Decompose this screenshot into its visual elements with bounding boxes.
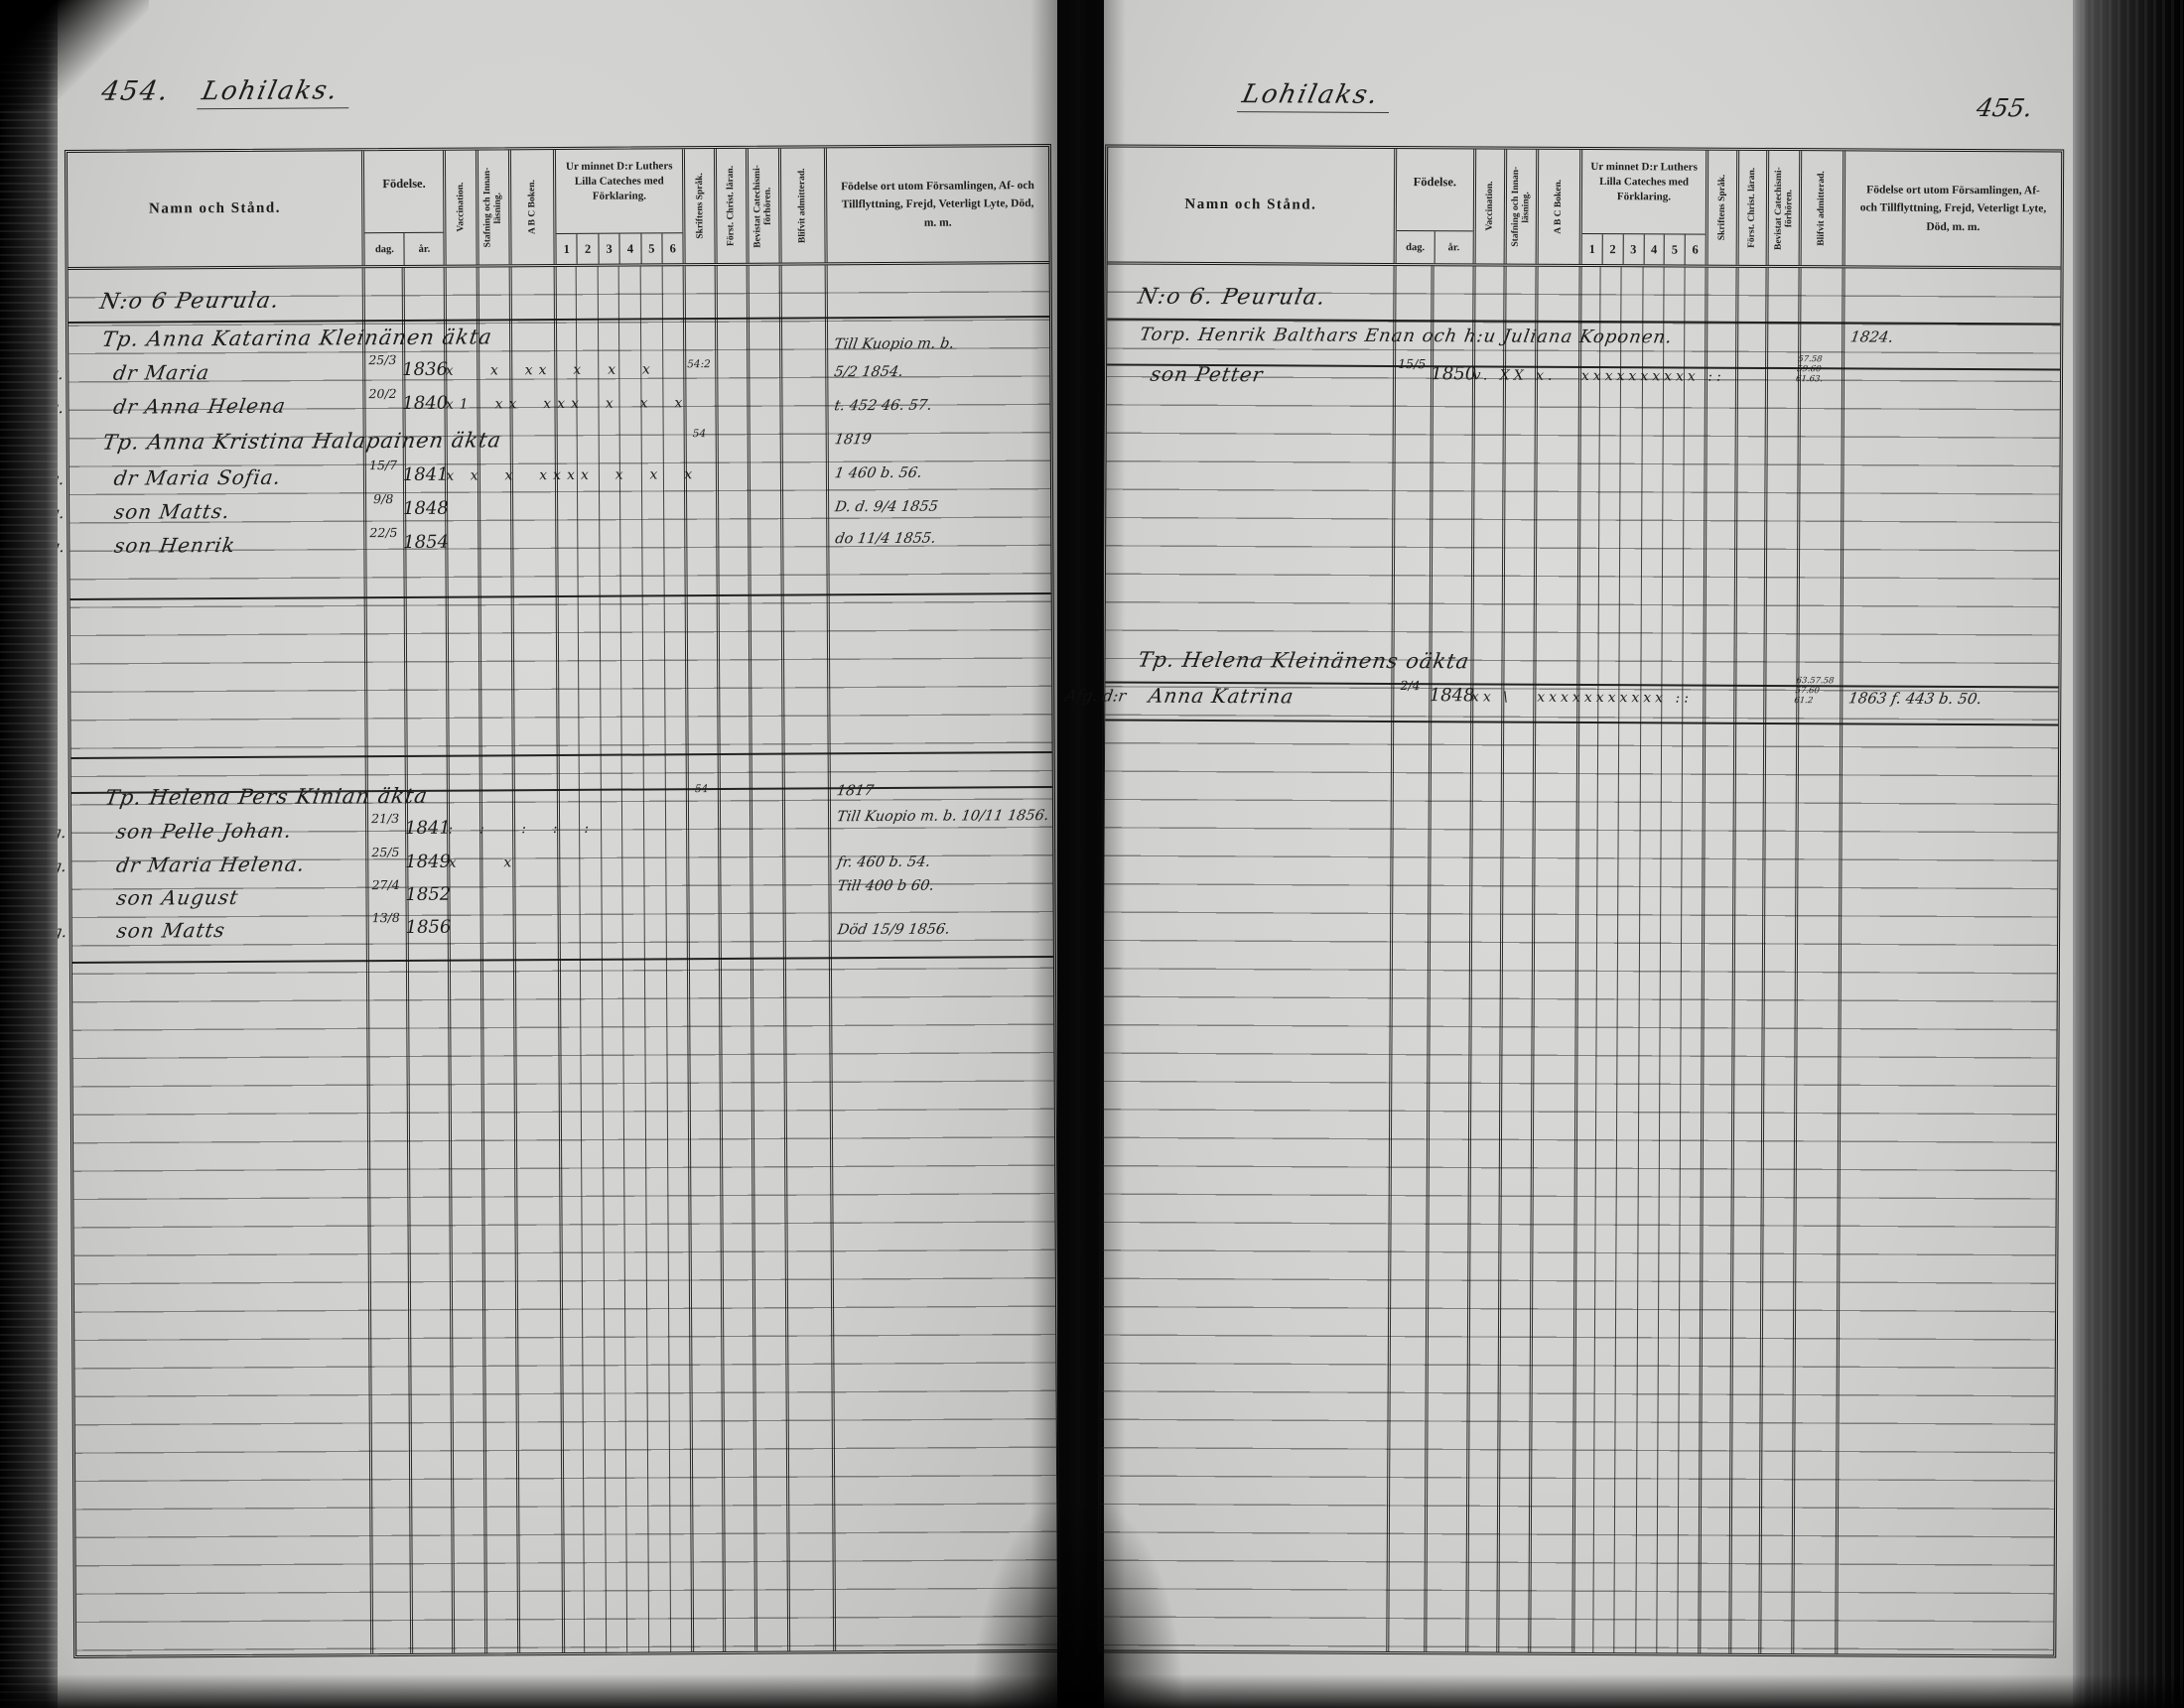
col-header-forst-christ: Först. Christ. läran.	[714, 149, 746, 263]
col-header-skriftens: Skriftens Språk.	[682, 149, 714, 263]
col-label: Blifvit admitterad.	[797, 168, 808, 243]
entry-birth-day: 20/2	[363, 388, 403, 401]
entry-marks: x x x xxxx x x x	[446, 466, 698, 484]
col-header-forst-christ: Först. Christ. läran.	[1735, 151, 1766, 265]
entry-marks: v. XX x. xxxxxxxxxx ::	[1473, 367, 1725, 384]
col-header-fodelse: Födelse. dag. år.	[361, 151, 444, 265]
col-label: Skriftens Språk.	[695, 173, 706, 239]
col-label: Först. Christ. läran.	[1747, 168, 1758, 248]
entry-name: dr Maria	[112, 360, 212, 385]
col-header-skriftens: Skriftens Språk.	[1705, 151, 1735, 265]
col-header-blifvit: Blifvit admitterad.	[778, 148, 824, 262]
cateches-subcolumns: 1 2 3 4 5 6	[1582, 233, 1706, 265]
entry-birth-year: 1841	[405, 818, 449, 839]
record-table-left: Namn och Stånd. Födelse. dag. år. Vaccin…	[65, 144, 1060, 1658]
entry-birth-year: 1840	[402, 393, 446, 414]
col-label-2: 2	[577, 234, 599, 264]
col-header-stafning: Stafning och Innan-läsning.	[476, 150, 508, 264]
col-label-dag: dag.	[1397, 231, 1434, 263]
entry-skrift-mark: 54:2	[683, 358, 716, 370]
col-label: Bevistat Catechismi-förhören.	[1773, 152, 1794, 263]
entry-name: dr Maria Helena.	[115, 853, 308, 877]
entry-marks: x x xx x x x	[446, 361, 656, 378]
entry-birth-day: 21/3	[365, 813, 405, 826]
record-row: Afg. d:r Anna Katrina 2/4 1848 xx \ xxxx…	[1105, 683, 2058, 720]
right-page-number: 455.	[1975, 93, 2035, 122]
record-row: son Petter 15/5 1850 v. XX x. xxxxxxxxxx…	[1107, 361, 2060, 398]
entry-marks: x1 xx xxx x x x	[446, 395, 689, 412]
household-heading: N:o 6 Peurula.	[97, 289, 281, 315]
margin-note: 5/2 1854.	[833, 364, 904, 380]
table-body-left: N:o 6 Peurula. Tp. Anna Katarina Kleinän…	[68, 264, 1058, 1655]
col-label-ar: år.	[404, 233, 444, 265]
book-center-gutter	[1030, 0, 1126, 1708]
margin-note: fr. 460 b. 54.	[836, 854, 931, 871]
photo-corner-shadow	[0, 0, 149, 109]
scanned-book-photo: 454. Lohilaks. Namn och Stånd. Födelse. …	[0, 0, 2184, 1708]
col-label: Namn och Stånd.	[1184, 197, 1316, 214]
col-label: Blifvit admitterad.	[1817, 171, 1828, 246]
entry-name: son Henrik	[113, 533, 237, 558]
entry-birth-day: 13/8	[366, 912, 406, 925]
col-label: Skriftens Språk.	[1716, 175, 1727, 241]
col-header-bevistat: Bevistat Catechismi-förhören.	[1766, 151, 1799, 265]
entry-birth-day: 25/3	[363, 354, 403, 367]
col-label: Födelse.	[382, 177, 425, 192]
col-label-5: 5	[1664, 234, 1685, 264]
col-label: Namn och Stånd.	[149, 200, 281, 218]
margin-note: Till Kuopio m. b. 10/11 1856.	[835, 808, 1049, 825]
entry-name: son Matts	[115, 918, 227, 943]
fodelse-subcolumns: dag. år.	[1397, 230, 1473, 263]
entry-birth-day: 22/5	[364, 527, 404, 540]
right-place-name: Lohilaks.	[1237, 79, 1396, 113]
entry-skrift-mark: 54	[683, 428, 716, 440]
entry-birth-day: 15/7	[363, 460, 403, 472]
record-row: Tp. Helena Kleinänens oäkta	[1105, 647, 2058, 684]
table-body-right: N:o 6. Peurula. Torp. Henrik Balthars En…	[1100, 264, 2060, 1654]
col-label-ar: år.	[1433, 231, 1472, 263]
entry-name: dr Maria Sofia.	[113, 465, 284, 490]
margin-note: 1819	[833, 432, 872, 448]
col-label: Stafning och Innan-läsning.	[1511, 151, 1532, 262]
col-label-6: 6	[1685, 235, 1706, 265]
entry-birth-year: 1849	[405, 852, 449, 872]
household-heading: N:o 6. Peurula.	[1136, 285, 1328, 311]
col-label-dag: dag.	[365, 233, 404, 265]
col-header-abc-boken: A B C Boken.	[508, 150, 554, 264]
right-page-title: Lohilaks.	[1240, 79, 1392, 113]
entry-name: dr Anna Helena	[112, 394, 288, 419]
col-label-1: 1	[556, 234, 577, 264]
margin-note: do 11/4 1855.	[834, 531, 937, 548]
entry-birth-year: 1836	[402, 359, 446, 380]
col-label: Stafning och Innan-läsning.	[482, 152, 504, 263]
entry-name: Tp. Helena Kleinänens oäkta	[1136, 648, 1471, 674]
entry-admitted-years: 57.58 59.60 61.63.	[1795, 355, 1847, 385]
col-label: Ur minnet D:r Luthers Lilla Cateches med…	[1582, 160, 1706, 204]
entry-birth-year: 1854	[403, 532, 447, 553]
entry-marks: : : : : :	[448, 821, 595, 838]
entry-marks: xx \ xxxxxxxxxxx ::	[1471, 689, 1693, 706]
fodelse-subcolumns: dag. år.	[365, 232, 444, 265]
margin-note: Till Kuopio m. b.	[833, 336, 955, 353]
col-header-notes: Födelse ort utom Församlingen, Af- och T…	[1843, 151, 2061, 266]
entry-birth-year: 1850	[1431, 363, 1472, 384]
col-label: Vaccination.	[456, 183, 467, 232]
col-label: Födelse ort utom Församlingen, Af- och T…	[827, 177, 1049, 233]
col-label-5: 5	[640, 233, 662, 263]
entry-skrift-mark: 54	[685, 783, 718, 795]
col-header-namn: Namn och Stånd.	[68, 151, 362, 267]
entry-birth-year: 1852	[405, 884, 449, 905]
left-place-name: Lohilaks.	[197, 75, 355, 109]
entry-name: Torp. Henrik Balthars Enan och h:u Julia…	[1138, 325, 1674, 348]
entry-birth-day: 27/4	[366, 879, 406, 892]
table-header-left: Namn och Stånd. Födelse. dag. år. Vaccin…	[68, 147, 1049, 270]
entry-admitted-years: 63.57.58 57.60 61.2	[1794, 677, 1846, 707]
col-label: Födelse.	[1414, 175, 1456, 190]
cateches-subcolumns: 1 2 3 4 5 6	[556, 232, 683, 264]
entry-birth-day: 15/5	[1393, 358, 1431, 371]
col-header-cateches: Ur minnet D:r Luthers Lilla Cateches med…	[553, 149, 683, 264]
entry-birth-year: 1841	[403, 464, 447, 485]
margin-note: Till 400 b 60.	[836, 878, 935, 895]
col-label: Först. Christ. läran.	[726, 166, 737, 246]
col-label-4: 4	[619, 233, 641, 263]
entry-birth-day: 25/5	[366, 847, 406, 859]
entry-marks: x x	[449, 854, 518, 870]
entry-name: son Petter	[1149, 362, 1265, 387]
record-row: Tp. Anna Kristina Halapainen äkta 54	[69, 425, 1050, 462]
col-label: A B C Boken.	[1554, 180, 1565, 234]
col-header-bevistat: Bevistat Catechismi-förhören.	[746, 149, 779, 263]
entry-name: Tp. Anna Katarina Kleinänen äkta	[100, 325, 493, 350]
col-label: A B C Boken.	[527, 180, 538, 234]
col-header-namn: Namn och Stånd.	[1108, 147, 1395, 263]
photo-bottom-shadow	[0, 1674, 2184, 1708]
rule-line	[71, 751, 1052, 759]
left-page: 454. Lohilaks. Namn och Stånd. Födelse. …	[58, 0, 1067, 1708]
table-header-right: Namn och Stånd. Födelse. dag. år. Vaccin…	[1108, 147, 2062, 269]
rule-line	[72, 956, 1053, 964]
record-table-right: Namn och Stånd. Födelse. dag. år. Vaccin…	[1097, 144, 2064, 1657]
margin-note: Död 15/9 1856.	[836, 922, 950, 939]
entry-note: 1824.	[1849, 328, 1895, 345]
book-spine-left-edge	[0, 0, 58, 1708]
col-label: Ur minnet D:r Luthers Lilla Cateches med…	[556, 159, 683, 203]
entry-name: son Matts.	[113, 499, 232, 524]
col-label-6: 6	[661, 233, 683, 263]
col-header-vaccination: Vaccination.	[443, 151, 476, 265]
margin-note: 1817	[835, 783, 874, 799]
record-row: Torp. Henrik Balthars Enan och h:u Julia…	[1107, 324, 2060, 360]
entry-name: Anna Katrina	[1148, 684, 1297, 709]
rule-line	[1105, 719, 2058, 725]
col-header-abc-boken: A B C Boken.	[1536, 150, 1580, 264]
entry-birth-year: 1848	[1430, 685, 1471, 706]
margin-note: 1 460 b. 56.	[833, 465, 922, 482]
col-label-3: 3	[1622, 234, 1643, 264]
entry-birth-year: 1856	[406, 917, 450, 938]
entry-birth-year: 1848	[403, 498, 447, 519]
col-label: Födelse ort utom Församlingen, Af- och T…	[1845, 181, 2061, 236]
col-header-cateches: Ur minnet D:r Luthers Lilla Cateches med…	[1579, 150, 1706, 265]
entry-name: Tp. Helena Pers Kinian äkta	[103, 784, 430, 810]
col-header-vaccination: Vaccination.	[1472, 149, 1504, 263]
col-header-fodelse: Födelse. dag. år.	[1394, 149, 1473, 263]
rule-line	[70, 592, 1051, 600]
entry-name: son August	[115, 885, 241, 910]
col-header-stafning: Stafning och Innan-läsning.	[1504, 150, 1536, 264]
entry-birth-day: 2/4	[1391, 680, 1429, 693]
col-label-2: 2	[1602, 234, 1623, 264]
right-page: Lohilaks. 455. Namn och Stånd. Födelse. …	[1095, 0, 2073, 1708]
entry-note: 1863 f. 443 b. 50.	[1847, 689, 1983, 708]
col-label: Vaccination.	[1485, 182, 1496, 231]
col-header-blifvit: Blifvit admitterad.	[1799, 151, 1843, 265]
col-label-1: 1	[1582, 234, 1602, 264]
margin-note: D. d. 9/4 1855	[834, 499, 939, 516]
col-label-3: 3	[598, 234, 619, 264]
entry-name: Tp. Anna Kristina Halapainen äkta	[100, 428, 502, 454]
entry-birth-day: 9/8	[363, 493, 403, 506]
book-fore-edge-right	[2073, 0, 2184, 1708]
entry-name: son Pelle Johan.	[115, 819, 295, 844]
margin-note: t. 452 46. 57.	[833, 398, 932, 415]
col-header-notes: Födelse ort utom Församlingen, Af- och T…	[824, 147, 1049, 262]
col-label: Bevistat Catechismi-förhören.	[752, 150, 774, 261]
col-label-4: 4	[1643, 234, 1664, 264]
